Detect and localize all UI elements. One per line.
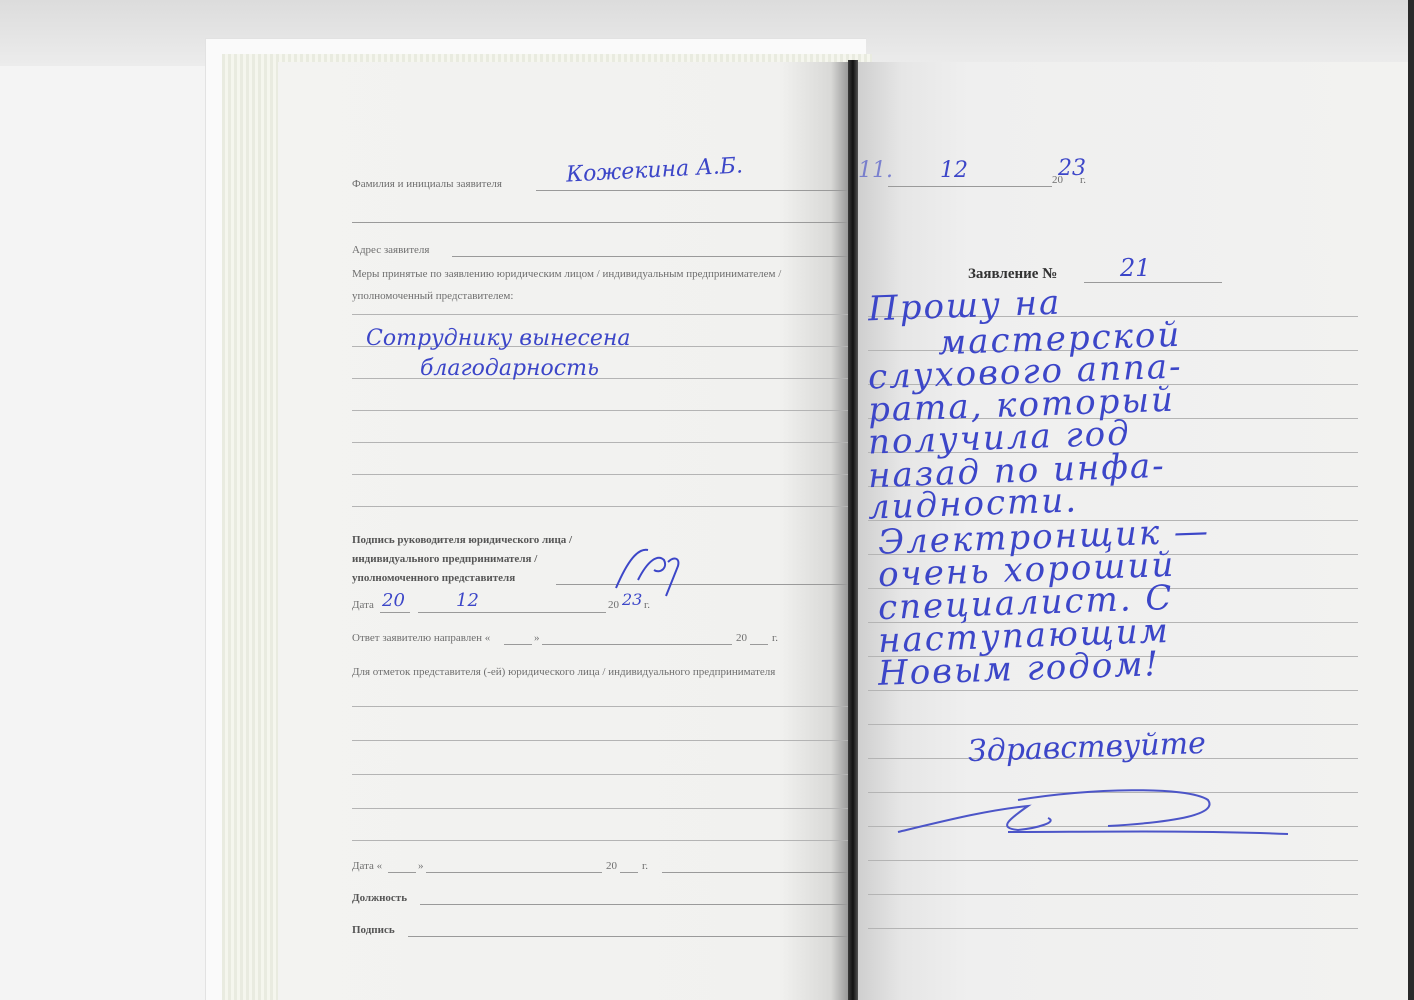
- header-date-day: 11.: [858, 158, 893, 183]
- applicant-address-label: Адрес заявителя: [352, 244, 429, 256]
- ruled-line: [352, 442, 848, 443]
- applicant-address-line: [452, 256, 848, 257]
- right-page: 11. 12 20 23 г. Заявление № 21 Прошу нам…: [858, 62, 1408, 1000]
- signature-head-label-3: уполномоченного представителя: [352, 572, 515, 584]
- ruled-line: [352, 740, 848, 741]
- ruled-line: [868, 928, 1358, 929]
- reply-year-suffix: г.: [772, 632, 778, 644]
- bottom-year-line: [620, 872, 638, 873]
- reply-month-line: [542, 644, 732, 645]
- date-month: 12: [456, 590, 479, 611]
- applicant-name-line-2: [352, 222, 848, 223]
- reply-year-prefix: 20: [736, 632, 747, 644]
- ruled-line: [868, 724, 1358, 725]
- bottom-extra-line: [662, 872, 848, 873]
- signature-head-label-2: индивидуального предпринимателя /: [352, 553, 537, 565]
- date-year-prefix: 20: [608, 599, 619, 611]
- closing-line: Здравствуйте: [967, 726, 1206, 769]
- ruled-line: [352, 706, 848, 707]
- ruled-line: [352, 774, 848, 775]
- scanner-edge: [1408, 0, 1414, 1000]
- ruled-line: [352, 410, 848, 411]
- applicant-signature: [888, 770, 1308, 860]
- signature-head-line: [556, 584, 848, 585]
- reply-day-line: [504, 644, 532, 645]
- date-year-suffix: г.: [644, 599, 650, 611]
- ruled-line: [868, 860, 1358, 861]
- measures-label-1: Меры принятые по заявлению юридическим л…: [352, 268, 781, 280]
- date-label: Дата: [352, 599, 374, 611]
- measures-value-2: благодарность: [420, 356, 599, 381]
- signature-line: [408, 936, 848, 937]
- applicant-name-value: Кожекина А.Б.: [565, 153, 743, 187]
- bottom-date-month-line: [426, 872, 602, 873]
- bottom-date-day-line: [388, 872, 416, 873]
- bottom-date-label: Дата «: [352, 860, 382, 872]
- ruled-line: [352, 840, 848, 841]
- book-gutter: [848, 60, 858, 1000]
- header-date-line: [888, 186, 1052, 187]
- date-day: 20: [382, 590, 405, 611]
- measures-label-2: уполномоченный представителем:: [352, 290, 513, 302]
- signature-label: Подпись: [352, 924, 395, 936]
- date-month-line: [418, 612, 606, 613]
- position-line: [420, 904, 848, 905]
- ruled-line: [352, 314, 848, 315]
- date-year-value: 23: [622, 590, 642, 609]
- measures-value-1: Сотруднику вынесена: [366, 326, 630, 351]
- statement-number: 21: [1120, 254, 1151, 282]
- statement-text-line: Новым годом!: [877, 644, 1160, 694]
- ruled-line: [352, 506, 848, 507]
- ruled-line: [352, 474, 848, 475]
- bottom-quote-close: »: [418, 860, 424, 872]
- ruled-line: [352, 808, 848, 809]
- header-year-suffix: г.: [1080, 174, 1086, 186]
- reply-year-line: [750, 644, 768, 645]
- bottom-year-prefix: 20: [606, 860, 617, 872]
- statement-number-line: [1084, 282, 1222, 283]
- ruled-line: [868, 894, 1358, 895]
- applicant-name-label: Фамилия и инициалы заявителя: [352, 178, 502, 190]
- left-page: Фамилия и инициалы заявителя Кожекина А.…: [278, 62, 848, 1000]
- notes-label: Для отметок представителя (-ей) юридичес…: [352, 666, 775, 678]
- header-date-month: 12: [940, 158, 968, 183]
- reply-quote-close: »: [534, 632, 540, 644]
- signature-head-label-1: Подпись руководителя юридического лица /: [352, 534, 572, 546]
- position-label: Должность: [352, 892, 407, 904]
- bottom-year-suffix: г.: [642, 860, 648, 872]
- reply-label: Ответ заявителю направлен «: [352, 632, 490, 644]
- statement-label: Заявление №: [968, 266, 1057, 283]
- applicant-name-line: [536, 190, 848, 191]
- date-day-line: [380, 612, 410, 613]
